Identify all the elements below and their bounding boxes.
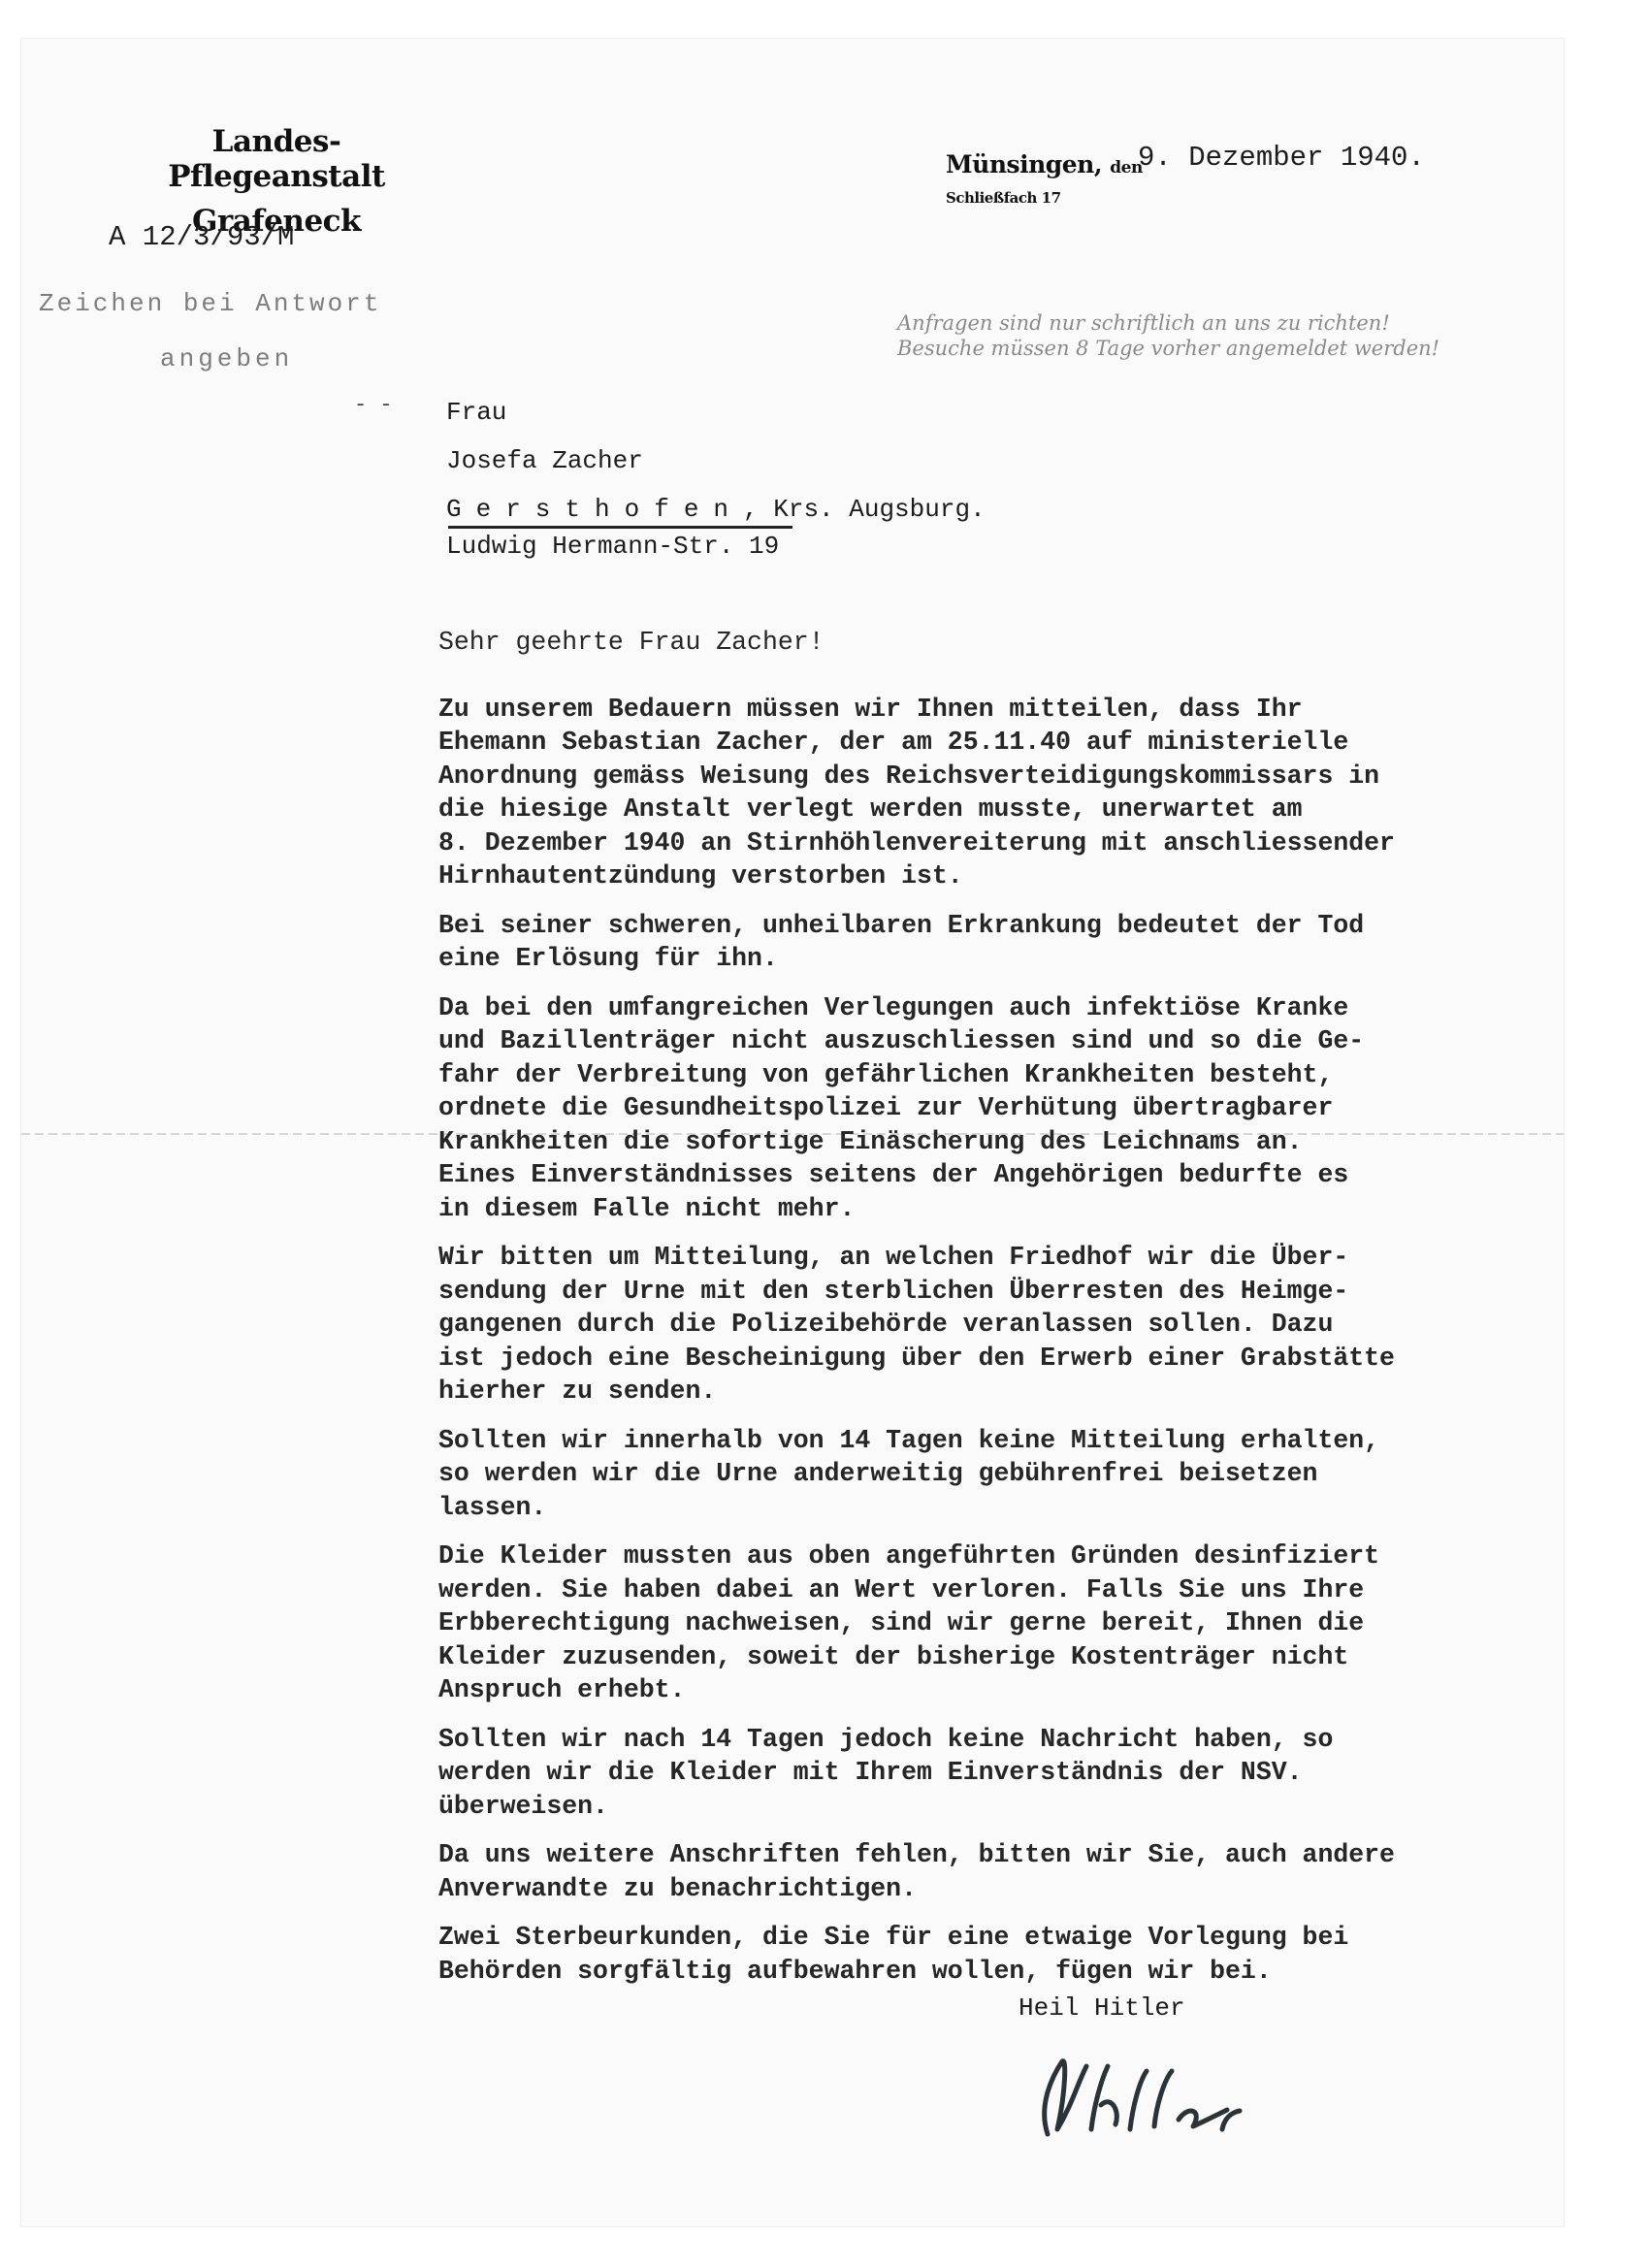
letter-date: 9. Dezember 1940. bbox=[1138, 142, 1425, 174]
notice-line-1: Anfragen sind nur schriftlich an uns zu … bbox=[897, 310, 1439, 336]
recipient-name: Josefa Zacher bbox=[446, 448, 643, 473]
visitor-notice: Anfragen sind nur schriftlich an uns zu … bbox=[897, 310, 1439, 361]
body-paragraph: Die Kleider mussten aus oben angeführten… bbox=[438, 1539, 1554, 1707]
recipient-city: Gersthofen bbox=[446, 495, 743, 524]
body-paragraph: Zu unserem Bedauern müssen wir Ihnen mit… bbox=[438, 693, 1554, 893]
letter-body: Sehr geehrte Frau Zacher! Zu unserem Bed… bbox=[438, 626, 1554, 2003]
reference-number: A 12/3/93/M bbox=[109, 221, 294, 253]
body-paragraph: Sollten wir nach 14 Tagen jedoch keine N… bbox=[438, 1723, 1554, 1824]
body-paragraph: Da bei den umfangreichen Verlegungen auc… bbox=[438, 991, 1554, 1226]
body-paragraph: Bei seiner schweren, unheilbaren Erkrank… bbox=[438, 909, 1554, 976]
recipient-city-line: Gersthofen, Krs. Augsburg. bbox=[446, 497, 986, 522]
margin-dash: - - bbox=[354, 393, 393, 417]
institution-name: Landes-Pflegeanstalt bbox=[112, 124, 441, 194]
reply-stamp-line-2: angeben bbox=[160, 344, 293, 373]
closing-salutation: Heil Hitler bbox=[1018, 1993, 1185, 2023]
city-underline bbox=[448, 526, 792, 529]
place-line: Münsingen, den bbox=[946, 150, 1143, 178]
body-paragraph: Wir bitten um Mitteilung, an welchen Fri… bbox=[438, 1241, 1554, 1409]
reply-stamp-line-1: Zeichen bei Antwort bbox=[39, 289, 381, 318]
recipient-title: Frau bbox=[446, 400, 506, 425]
postbox: Schließfach 17 bbox=[946, 189, 1061, 207]
body-paragraph: Zwei Sterbeurkunden, die Sie für eine et… bbox=[438, 1921, 1554, 1988]
notice-line-2: Besuche müssen 8 Tage vorher angemeldet … bbox=[897, 336, 1439, 361]
body-paragraph: Sollten wir innerhalb von 14 Tagen keine… bbox=[438, 1424, 1554, 1525]
salutation: Sehr geehrte Frau Zacher! bbox=[438, 626, 1554, 660]
place-name: Münsingen, bbox=[946, 150, 1102, 178]
recipient-street: Ludwig Hermann-Str. 19 bbox=[446, 534, 779, 559]
recipient-district: , Krs. Augsburg. bbox=[743, 495, 986, 524]
body-paragraph: Da uns weitere Anschriften fehlen, bitte… bbox=[438, 1838, 1554, 1905]
handwritten-signature-icon bbox=[1018, 2037, 1271, 2144]
